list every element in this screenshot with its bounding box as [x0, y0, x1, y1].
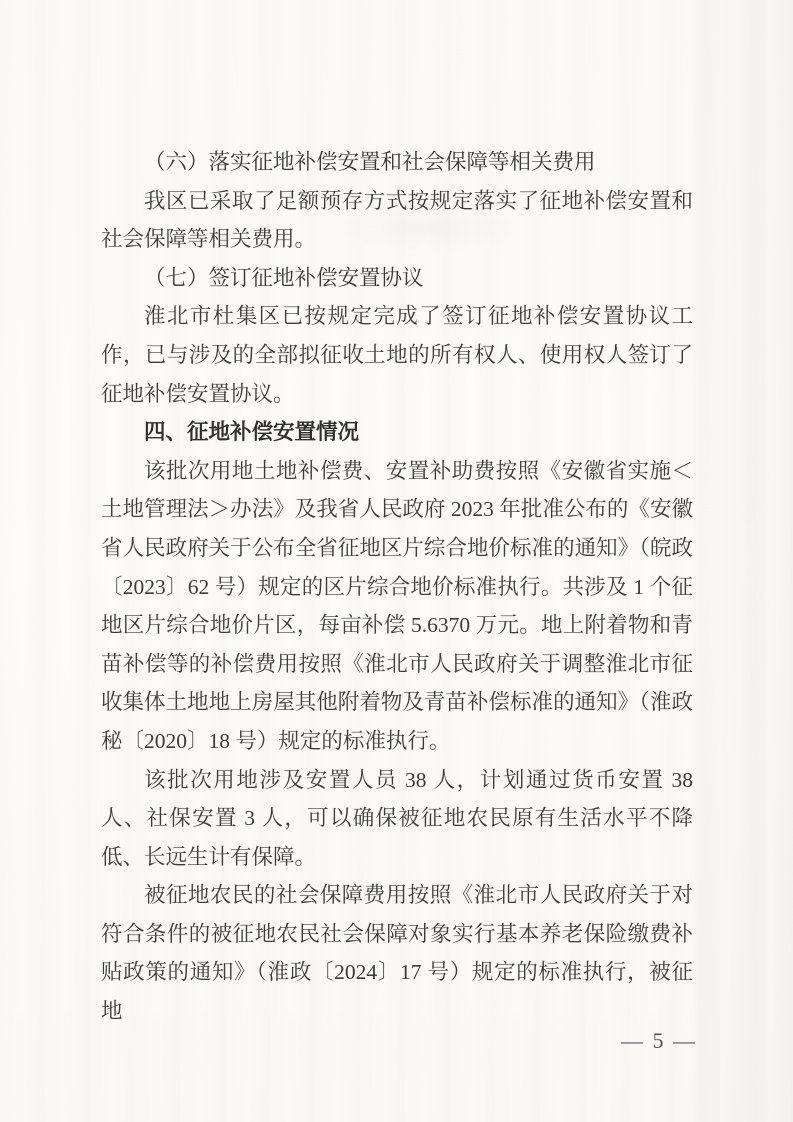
document-text-block: （六）落实征地补偿安置和社会保障等相关费用 我区已采取了足额预存方式按规定落实了… — [101, 143, 693, 1031]
document-page: （六）落实征地补偿安置和社会保障等相关费用 我区已采取了足额预存方式按规定落实了… — [0, 0, 793, 1122]
subheading-item-7: （七）签订征地补偿安置协议 — [101, 259, 693, 298]
paragraph-agreement-signing: 淮北市杜集区已按规定完成了签订征地补偿安置协议工作，已与涉及的全部拟征收土地的所… — [101, 297, 693, 413]
paragraph-social-security: 被征地农民的社会保障费用按照《淮北市人民政府关于对符合条件的被征地农民社会保障对… — [101, 876, 693, 1030]
section-heading-compensation-situation: 四、征地补偿安置情况 — [101, 413, 693, 452]
paragraph-compensation-standards: 该批次用地土地补偿费、安置补助费按照《安徽省实施＜土地管理法＞办法》及我省人民政… — [101, 452, 693, 761]
page-number: — 5 — — [621, 1028, 697, 1054]
paragraph-prepaid-funds: 我区已采取了足额预存方式按规定落实了征地补偿安置和社会保障等相关费用。 — [101, 182, 693, 259]
subheading-item-6: （六）落实征地补偿安置和社会保障等相关费用 — [101, 143, 693, 182]
paragraph-resettlement-persons: 该批次用地涉及安置人员 38 人，计划通过货币安置 38 人、社保安置 3 人，… — [101, 761, 693, 877]
